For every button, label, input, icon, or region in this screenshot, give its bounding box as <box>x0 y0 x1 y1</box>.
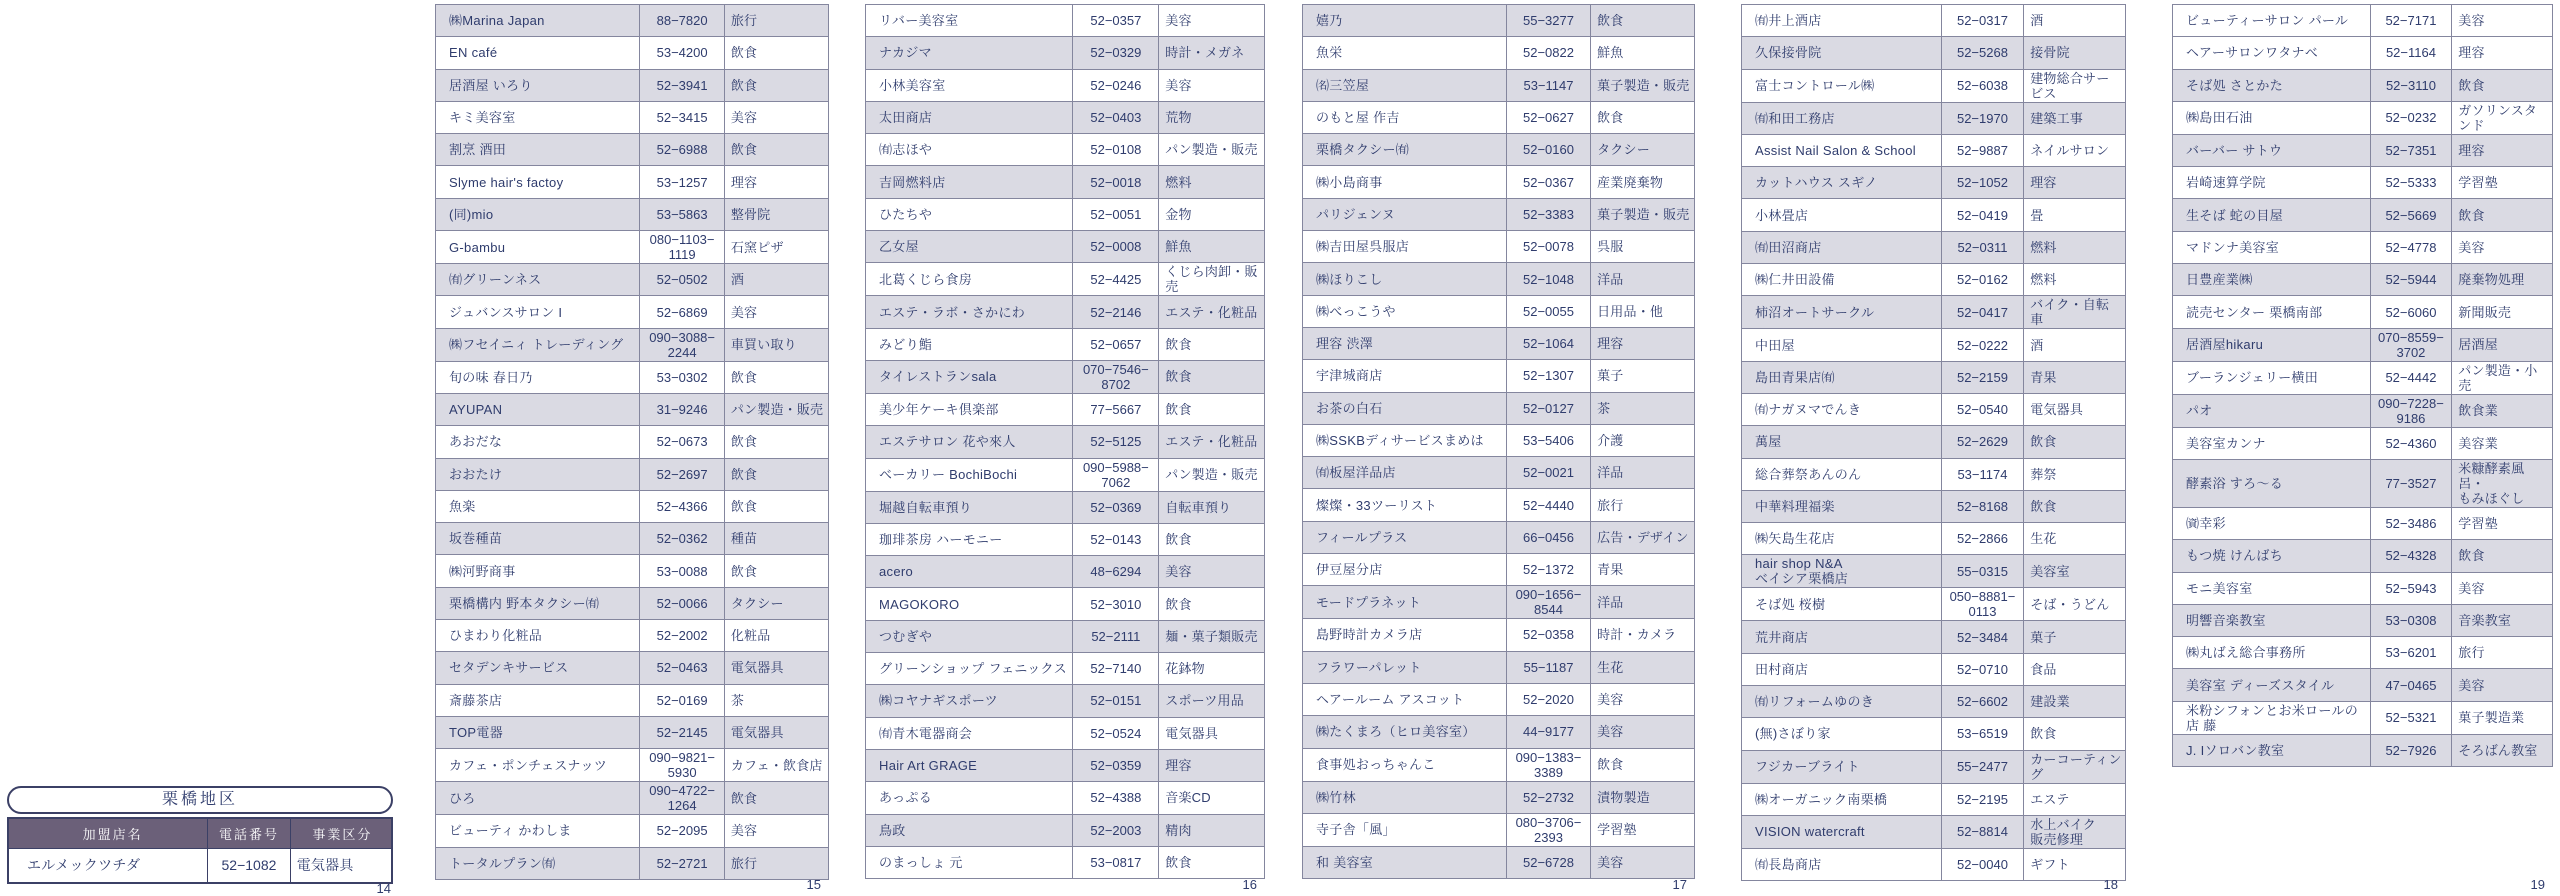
member-phone: 52−3110 <box>2370 69 2452 101</box>
table-row: 酵素浴 すろ〜る77−3527米糠酵素風呂・ もみほぐし <box>2173 459 2553 507</box>
member-category: 燃料 <box>1159 166 1265 198</box>
table-row: パオ090−7228− 9186飲食業 <box>2173 394 2553 427</box>
member-category: パン製造・小売 <box>2452 361 2553 394</box>
member-phone: 52−1970 <box>1941 102 2024 134</box>
member-category: 理容 <box>2452 134 2553 166</box>
member-category: 学習塾 <box>1591 813 1695 846</box>
member-phone: 52−2732 <box>1506 781 1590 813</box>
member-category: 美容 <box>1159 5 1265 37</box>
member-phone: 52−4440 <box>1506 489 1590 521</box>
table-row: そば処 さとかた52−3110飲食 <box>2173 69 2553 101</box>
member-category: ガソリンスタンド <box>2452 101 2553 134</box>
table-row: もつ焼 けんばち52−4328飲食 <box>2173 540 2553 572</box>
page-number: 14 <box>377 881 391 896</box>
table-row: トータルプラン㈲52−2721旅行 <box>436 847 829 879</box>
table-row: ㈱べっこうや52−0055日用品・他 <box>1303 295 1695 327</box>
member-phone: 52−1372 <box>1506 554 1590 586</box>
member-category: パン製造・販売 <box>1159 134 1265 166</box>
table-row: TOP電器52−2145電気器具 <box>436 716 829 748</box>
member-phone: 53−1147 <box>1506 69 1590 101</box>
member-category: 電気器具 <box>1159 717 1265 749</box>
member-phone: 52−0359 <box>1073 749 1159 781</box>
table-row: ㈱河野商事53−0088飲食 <box>436 555 829 587</box>
table-row: 島田青果店㈲52−2159青果 <box>1742 361 2126 393</box>
member-name: エステサロン 花や來人 <box>866 426 1073 458</box>
member-category: 飲食 <box>1159 393 1265 425</box>
table-row: 嬉乃55−3277飲食 <box>1303 5 1695 37</box>
member-name: ㈲青木電器商会 <box>866 717 1073 749</box>
member-table: ビューティーサロン パール52−7171美容ヘアーサロンワタナベ52−1164理… <box>2172 4 2553 767</box>
table-row: エステサロン 花や來人52−5125エステ・化粧品 <box>866 426 1265 458</box>
table-row: 小林美容室52−0246美容 <box>866 69 1265 101</box>
table-row: 魚楽52−4366飲食 <box>436 490 829 522</box>
table-row: 読売センター 栗橋南部52−6060新聞販売 <box>2173 296 2553 328</box>
member-phone: 52−0160 <box>1506 134 1590 166</box>
table-row: 伊豆屋分店52−1372青果 <box>1303 554 1695 586</box>
table-row: 乙女屋52−0008鮮魚 <box>866 231 1265 263</box>
table-row: タイレストランsala070−7546− 8702飲食 <box>866 360 1265 393</box>
member-phone: 53−0817 <box>1073 846 1159 878</box>
table-row: 萬屋52−2629飲食 <box>1742 426 2126 458</box>
member-phone: 44−9177 <box>1506 716 1590 748</box>
member-phone: 52−0021 <box>1506 457 1590 489</box>
member-name: ㈱丸ばえ総合事務所 <box>2173 637 2371 669</box>
table-row: ㈱丸ばえ総合事務所53−6201旅行 <box>2173 637 2553 669</box>
member-name: 燦燦・33ツーリスト <box>1303 489 1507 521</box>
member-name: 北葛くじら食房 <box>866 263 1073 296</box>
table-row: 島野時計カメラ店52−0358時計・カメラ <box>1303 619 1695 651</box>
member-category: 生花 <box>2024 523 2126 555</box>
page-number: 15 <box>807 877 821 892</box>
member-category: 接骨院 <box>2024 37 2126 69</box>
table-row: VISION watercraft52−8814水上バイク 販売修理 <box>1742 815 2126 848</box>
member-category: 音楽教室 <box>2452 604 2553 636</box>
table-row: 居酒屋 いろり52−3941飲食 <box>436 69 829 101</box>
member-phone: 090−1656− 8544 <box>1506 586 1590 619</box>
member-category: 美容 <box>2452 5 2553 37</box>
member-category: バイク・自転車 <box>2024 296 2126 329</box>
table-row: カフェ・ポンチェスナッツ090−9821− 5930カフェ・飲食店 <box>436 749 829 782</box>
table-row: 柿沼オートサークル52−0417バイク・自転車 <box>1742 296 2126 329</box>
member-name: 堀越自転車預り <box>866 491 1073 523</box>
member-phone: 52−2020 <box>1506 683 1590 715</box>
member-category: 飲食 <box>1591 5 1695 37</box>
member-name: あおだな <box>436 426 640 458</box>
member-phone: 52−6602 <box>1941 686 2024 718</box>
member-phone: 52−0627 <box>1506 101 1590 133</box>
member-category: 飲食 <box>2452 199 2553 231</box>
member-category: 青果 <box>2024 361 2126 393</box>
member-name: 宇津城商店 <box>1303 360 1507 392</box>
table-row: そば処 桜樹050−8881− 0113そば・うどん <box>1742 588 2126 621</box>
member-phone: 52−5944 <box>2370 264 2452 296</box>
member-phone: 52−0311 <box>1941 231 2024 263</box>
table-row: 荒井商店52−3484菓子 <box>1742 621 2126 653</box>
member-phone: 77−3527 <box>2370 459 2452 507</box>
member-category: 飲食 <box>2024 718 2126 750</box>
table-row: ヘアールーム アスコット52−2020美容 <box>1303 683 1695 715</box>
member-phone: 52−0657 <box>1073 328 1159 360</box>
member-phone: 52−7140 <box>1073 653 1159 685</box>
member-category: 菓子 <box>1591 360 1695 392</box>
member-category: ネイルサロン <box>2024 134 2126 166</box>
table-row: 寺子舎「風」080−3706− 2393学習塾 <box>1303 813 1695 846</box>
member-phone: 52−0822 <box>1506 37 1590 69</box>
member-name: 食事処おっちゃんこ <box>1303 748 1507 781</box>
member-name: ㈱竹林 <box>1303 781 1507 813</box>
member-phone: 52−0367 <box>1506 166 1590 198</box>
table-row: エルメックツチダ 52−1082 電気器具 <box>8 848 392 883</box>
member-phone: 52−5333 <box>2370 167 2452 199</box>
member-name: ㈱コヤナギスポーツ <box>866 685 1073 717</box>
member-category: 広告・デザイン <box>1591 521 1695 553</box>
member-name: グリーンショップ フェニックス <box>866 653 1073 685</box>
member-name: パリジェンヌ <box>1303 198 1507 230</box>
member-phone: 52−0417 <box>1941 296 2024 329</box>
member-phone: 53−5863 <box>640 198 724 230</box>
member-name: 和 美容室 <box>1303 846 1507 878</box>
member-name: 居酒屋 いろり <box>436 69 640 101</box>
member-phone: 070−8559− 3702 <box>2370 328 2452 361</box>
table-row: のまっしょ 元53−0817飲食 <box>866 846 1265 878</box>
member-category: 飲食 <box>1591 748 1695 781</box>
member-name: カフェ・ポンチェスナッツ <box>436 749 640 782</box>
member-name: hair shop N&A ベイシア栗橋店 <box>1742 555 1942 588</box>
member-name: ㈱矢島生花店 <box>1742 523 1942 555</box>
member-category: 飲食 <box>1159 328 1265 360</box>
member-category: 飲食 <box>724 782 828 815</box>
member-category: 呉服 <box>1591 231 1695 263</box>
member-name: ひまわり化粧品 <box>436 620 640 652</box>
member-name: ブーランジェリー横田 <box>2173 361 2371 394</box>
table-row: 鳥政52−2003精肉 <box>866 814 1265 846</box>
member-name: ㈱たくまろ（ヒロ美容室） <box>1303 716 1507 748</box>
member-phone: 52−0162 <box>1941 264 2024 296</box>
member-name: ㈱ほりこし <box>1303 263 1507 295</box>
table-row: 理容 渋澤52−1064理容 <box>1303 327 1695 359</box>
table-row: 旬の味 春日乃53−0302飲食 <box>436 361 829 393</box>
member-phone: 52−2003 <box>1073 814 1159 846</box>
member-category: 電気器具 <box>290 848 392 883</box>
member-name: エステ・ラボ・さかにわ <box>866 296 1073 328</box>
table-row: ひたちや52−0051金物 <box>866 198 1265 230</box>
member-phone: 52−0078 <box>1506 231 1590 263</box>
table-row: パリジェンヌ52−3383菓子製造・販売 <box>1303 198 1695 230</box>
member-category: 花鉢物 <box>1159 653 1265 685</box>
district-header-table: 加盟店名 電話番号 事業区分 エルメックツチダ 52−1082 電気器具 <box>7 817 393 884</box>
member-name: おおたけ <box>436 458 640 490</box>
member-phone: 55−3277 <box>1506 5 1590 37</box>
member-category: スポーツ用品 <box>1159 685 1265 717</box>
table-row: バーバー サトウ52−7351理容 <box>2173 134 2553 166</box>
member-category: 茶 <box>1591 392 1695 424</box>
member-table: ㈲井上酒店52−0317酒久保接骨院52−5268接骨院富士コントロール㈱52−… <box>1741 4 2126 881</box>
member-name: もつ焼 けんばち <box>2173 540 2371 572</box>
member-category: 美容 <box>2452 572 2553 604</box>
member-phone: 52−3383 <box>1506 198 1590 230</box>
member-name: ㈲田沼商店 <box>1742 231 1942 263</box>
table-row: AYUPAN31−9246パン製造・販売 <box>436 393 829 425</box>
member-phone: 66−0456 <box>1506 521 1590 553</box>
member-phone: 52−2629 <box>1941 426 2024 458</box>
member-table: 嬉乃55−3277飲食魚栄52−0822鮮魚㈴三笠屋53−1147菓子製造・販売… <box>1302 4 1695 879</box>
table-row: acero48−6294美容 <box>866 556 1265 588</box>
table-row: ㈲井上酒店52−0317酒 <box>1742 5 2126 37</box>
table-row: つむぎや52−2111麺・菓子類販売 <box>866 620 1265 652</box>
member-phone: 52−9887 <box>1941 134 2024 166</box>
member-name: ㈲板屋洋品店 <box>1303 457 1507 489</box>
member-name: 米粉シフォンとお米ロールの店 藤 <box>2173 701 2371 734</box>
table-row: Hair Art GRAGE52−0359理容 <box>866 749 1265 781</box>
member-category: パン製造・販売 <box>724 393 828 425</box>
member-category: 化粧品 <box>724 620 828 652</box>
member-name: ㈲ナガヌマでんき <box>1742 393 1942 425</box>
member-phone: 53−0088 <box>640 555 724 587</box>
member-category: 食品 <box>2024 653 2126 685</box>
table-row: 斎藤茶店52−0169茶 <box>436 684 829 716</box>
member-category: 日用品・他 <box>1591 295 1695 327</box>
member-phone: 52−0419 <box>1941 199 2024 231</box>
member-category: 飲食 <box>724 426 828 458</box>
member-category: 漬物製造 <box>1591 781 1695 813</box>
member-name: ㈱SSKBディサービスまめは <box>1303 424 1507 456</box>
member-name: Slyme hair's factoy <box>436 166 640 198</box>
member-name: 鳥政 <box>866 814 1073 846</box>
page-number: 18 <box>2104 877 2118 892</box>
page-number: 19 <box>2531 877 2545 892</box>
member-name: ビューティ かわしま <box>436 815 640 847</box>
member-name: ㈱フセイニィ トレーディング <box>436 328 640 361</box>
member-name: マドンナ美容室 <box>2173 231 2371 263</box>
member-name: ナカジマ <box>866 37 1073 69</box>
table-row: 珈琲茶房 ハーモニー52−0143飲食 <box>866 523 1265 555</box>
member-name: AYUPAN <box>436 393 640 425</box>
member-phone: 53−0308 <box>2370 604 2452 636</box>
member-category: 旅行 <box>2452 637 2553 669</box>
table-row: 吉岡燃料店52−0018燃料 <box>866 166 1265 198</box>
member-name: 嬉乃 <box>1303 5 1507 37</box>
member-category: 石窯ピザ <box>724 231 828 264</box>
member-name: ㈱仁井田設備 <box>1742 264 1942 296</box>
member-name: 読売センター 栗橋南部 <box>2173 296 2371 328</box>
member-phone: 52−0502 <box>640 264 724 296</box>
member-phone: 52−0127 <box>1506 392 1590 424</box>
member-category: 理容 <box>2452 37 2553 69</box>
member-category: 旅行 <box>1591 489 1695 521</box>
member-name: 酵素浴 すろ〜る <box>2173 459 2371 507</box>
member-name: ひたちや <box>866 198 1073 230</box>
table-row: ㈱ほりこし52−1048洋品 <box>1303 263 1695 295</box>
table-row: マドンナ美容室52−4778美容 <box>2173 231 2553 263</box>
table-row: 坂巻種苗52−0362種苗 <box>436 523 829 555</box>
table-header-row: 加盟店名 電話番号 事業区分 <box>8 818 392 848</box>
member-category: そろばん教室 <box>2452 734 2553 766</box>
member-category: 酒 <box>2024 5 2126 37</box>
member-phone: 52−0108 <box>1073 134 1159 166</box>
member-name: フジカーブライト <box>1742 750 1942 783</box>
member-category: 畳 <box>2024 199 2126 231</box>
member-category: 米糠酵素風呂・ もみほぐし <box>2452 459 2553 507</box>
member-phone: 52−0403 <box>1073 101 1159 133</box>
member-category: そば・うどん <box>2024 588 2126 621</box>
member-category: 廃棄物処理 <box>2452 264 2553 296</box>
member-phone: 52−2697 <box>640 458 724 490</box>
member-phone: 52−3415 <box>640 101 724 133</box>
merchant-directory-page: 栗橋地区 加盟店名 電話番号 事業区分 エルメックツチダ 52−1082 電気器… <box>0 0 2560 896</box>
member-name: Assist Nail Salon & School <box>1742 134 1942 166</box>
member-name: 美容室 ディーズスタイル <box>2173 669 2371 701</box>
table-row: ひまわり化粧品52−2002化粧品 <box>436 620 829 652</box>
table-row: お茶の白石52−0127茶 <box>1303 392 1695 424</box>
member-phone: 52−5268 <box>1941 37 2024 69</box>
member-name: 旬の味 春日乃 <box>436 361 640 393</box>
table-row: 魚栄52−0822鮮魚 <box>1303 37 1695 69</box>
table-row: ㈱Marina Japan88−7820旅行 <box>436 5 829 37</box>
member-category: 美容 <box>724 815 828 847</box>
member-name: ㈱オーガニック南栗橋 <box>1742 783 1942 815</box>
member-phone: 52−0357 <box>1073 5 1159 37</box>
member-table-column-3: 嬉乃55−3277飲食魚栄52−0822鮮魚㈴三笠屋53−1147菓子製造・販売… <box>1302 4 1695 892</box>
member-phone: 52−0540 <box>1941 393 2024 425</box>
member-category: 水上バイク 販売修理 <box>2024 815 2126 848</box>
member-category: 学習塾 <box>2452 167 2553 199</box>
member-category: 美容 <box>1591 716 1695 748</box>
table-row: ㈱フセイニィ トレーディング090−3088− 2244車買い取り <box>436 328 829 361</box>
table-row: ビューティ かわしま52−2095美容 <box>436 815 829 847</box>
table-row: ㈲ナガヌマでんき52−0540電気器具 <box>1742 393 2126 425</box>
member-name: あっぷる <box>866 782 1073 814</box>
table-row: 燦燦・33ツーリスト52−4440旅行 <box>1303 489 1695 521</box>
member-name: ㈱Marina Japan <box>436 5 640 37</box>
member-name: ㈲志ほや <box>866 134 1073 166</box>
member-phone: 53−5406 <box>1506 424 1590 456</box>
member-name: 田村商店 <box>1742 653 1942 685</box>
member-name: ㈲井上酒店 <box>1742 5 1942 37</box>
table-row: ㈲グリーンネス52−0502酒 <box>436 264 829 296</box>
member-phone: 52−1082 <box>208 848 291 883</box>
member-phone: 52−0463 <box>640 652 724 684</box>
member-category: 音楽CD <box>1159 782 1265 814</box>
member-name: MAGOKORO <box>866 588 1073 620</box>
table-row: おおたけ52−2697飲食 <box>436 458 829 490</box>
member-phone: 52−0040 <box>1941 848 2024 880</box>
member-category: 学習塾 <box>2452 507 2553 539</box>
member-category: 電気器具 <box>724 716 828 748</box>
member-phone: 52−0710 <box>1941 653 2024 685</box>
member-category: 美容 <box>1591 683 1695 715</box>
member-phone: 52−6728 <box>1506 846 1590 878</box>
member-phone: 52−2146 <box>1073 296 1159 328</box>
table-row: 栗橋タクシー㈲52−0160タクシー <box>1303 134 1695 166</box>
member-category: エステ・化粧品 <box>1159 296 1265 328</box>
member-category: 美容 <box>2452 231 2553 263</box>
member-category: 生花 <box>1591 651 1695 683</box>
table-row: 北葛くじら食房52−4425くじら肉卸・販売 <box>866 263 1265 296</box>
table-row: ㈱たくまろ（ヒロ美容室）44−9177美容 <box>1303 716 1695 748</box>
table-row: 美少年ケーキ倶楽部77−5667飲食 <box>866 393 1265 425</box>
member-phone: 52−1307 <box>1506 360 1590 392</box>
member-phone: 55−0315 <box>1941 555 2024 588</box>
member-phone: 48−6294 <box>1073 556 1159 588</box>
member-category: 飲食 <box>2452 69 2553 101</box>
table-row: 総合葬祭あんのん53−1174葬祭 <box>1742 458 2126 490</box>
member-name: 島野時計カメラ店 <box>1303 619 1507 651</box>
member-category: タクシー <box>1591 134 1695 166</box>
member-phone: 52−5321 <box>2370 701 2452 734</box>
table-row: 生そば 蛇の目屋52−5669飲食 <box>2173 199 2553 231</box>
member-phone: 52−4388 <box>1073 782 1159 814</box>
table-row: ㈱仁井田設備52−0162燃料 <box>1742 264 2126 296</box>
member-category: 飲食 <box>724 37 828 69</box>
member-phone: 52−3484 <box>1941 621 2024 653</box>
member-category: 建設業 <box>2024 686 2126 718</box>
table-row: MAGOKORO52−3010飲食 <box>866 588 1265 620</box>
member-category: 理容 <box>724 166 828 198</box>
table-row: Assist Nail Salon & School52−9887ネイルサロン <box>1742 134 2126 166</box>
member-category: 酒 <box>724 264 828 296</box>
member-category: 飲食業 <box>2452 394 2553 427</box>
table-row: hair shop N&A ベイシア栗橋店55−0315美容室 <box>1742 555 2126 588</box>
member-category: 洋品 <box>1591 263 1695 295</box>
member-phone: 31−9246 <box>640 393 724 425</box>
member-name: 美容室カンナ <box>2173 427 2371 459</box>
table-row: セタデンキサービス52−0463電気器具 <box>436 652 829 684</box>
member-table: ㈱Marina Japan88−7820旅行EN café53−4200飲食居酒… <box>435 4 829 880</box>
member-name: ㈱小島商事 <box>1303 166 1507 198</box>
member-category: 美容業 <box>2452 427 2553 459</box>
member-phone: 53−0302 <box>640 361 724 393</box>
member-name: のまっしょ 元 <box>866 846 1073 878</box>
member-category: 鮮魚 <box>1159 231 1265 263</box>
member-name: みどり鮨 <box>866 328 1073 360</box>
table-row: ビューティーサロン パール52−7171美容 <box>2173 5 2553 37</box>
member-phone: 52−0008 <box>1073 231 1159 263</box>
member-phone: 53−6201 <box>2370 637 2452 669</box>
member-name: 久保接骨院 <box>1742 37 1942 69</box>
member-name: セタデンキサービス <box>436 652 640 684</box>
member-name: つむぎや <box>866 620 1073 652</box>
table-row: Slyme hair's factoy53−1257理容 <box>436 166 829 198</box>
member-phone: 52−2145 <box>640 716 724 748</box>
member-category: 美容 <box>1159 69 1265 101</box>
member-table-column-2: リバー美容室52−0357美容ナカジマ52−0329時計・メガネ小林美容室52−… <box>865 4 1265 892</box>
member-name: 割烹 酒田 <box>436 134 640 166</box>
member-phone: 090−3088− 2244 <box>640 328 724 361</box>
member-category: 時計・メガネ <box>1159 37 1265 69</box>
member-category: 麺・菓子類販売 <box>1159 620 1265 652</box>
member-phone: 55−2477 <box>1941 750 2024 783</box>
table-row: 美容室 ディーズスタイル47−0465美容 <box>2173 669 2553 701</box>
member-name: ㈴三笠屋 <box>1303 69 1507 101</box>
table-row: 小林畳店52−0419畳 <box>1742 199 2126 231</box>
member-category: 洋品 <box>1591 586 1695 619</box>
member-category: 金物 <box>1159 198 1265 230</box>
member-name: 斎藤茶店 <box>436 684 640 716</box>
table-row: ㈱島田石油52−0232ガソリンスタンド <box>2173 101 2553 134</box>
member-category: 菓子製造・販売 <box>1591 69 1695 101</box>
member-category: 時計・カメラ <box>1591 619 1695 651</box>
member-name: モードプラネット <box>1303 586 1507 619</box>
member-category: エステ <box>2024 783 2126 815</box>
member-phone: 52−0051 <box>1073 198 1159 230</box>
table-row: (同)mio53−5863整骨院 <box>436 198 829 230</box>
header-business-category: 事業区分 <box>290 818 392 848</box>
member-category: 青果 <box>1591 554 1695 586</box>
member-phone: 090−7228− 9186 <box>2370 394 2452 427</box>
member-name: 島田青果店㈲ <box>1742 361 1942 393</box>
table-row: フジカーブライト55−2477カーコーティング <box>1742 750 2126 783</box>
table-row: J. Iソロバン教室52−7926そろばん教室 <box>2173 734 2553 766</box>
